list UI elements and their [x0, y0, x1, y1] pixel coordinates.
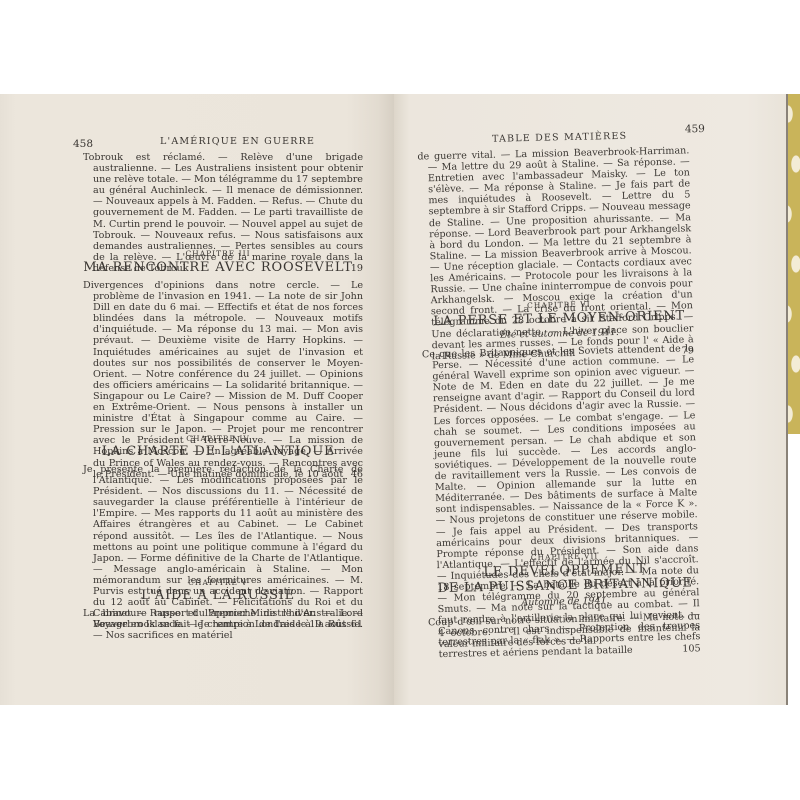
toc-entry-text: Je présente la première rédaction de la … — [83, 464, 363, 630]
running-head: TABLE DES MATIÈRES — [492, 131, 628, 145]
chapter-label: CHAPITRE III — [73, 249, 363, 258]
running-head: L'AMÉRIQUE EN GUERRE — [160, 136, 315, 147]
chapter-title: L'AIDE A LA RUSSIE — [73, 588, 363, 603]
toc-entry-chapter-4: Je présente la première rédaction de la … — [83, 464, 363, 630]
toc-entry-text: La bravoure russe et l'approche de l'hiv… — [83, 608, 363, 641]
toc-entry-chapter-7: Coup d'œil sur notre situation militaire… — [428, 611, 701, 650]
open-book-spread: 458 L'AMÉRIQUE EN GUERRE Tobrouk est réc… — [0, 94, 786, 705]
page-number: 458 — [73, 138, 93, 150]
left-page: 458 L'AMÉRIQUE EN GUERRE Tobrouk est réc… — [0, 94, 394, 705]
right-page-content: 459 TABLE DES MATIÈRES de guerre vital. … — [394, 85, 800, 705]
page-number: 459 — [685, 123, 705, 135]
chapter-label: CHAPITRE IV — [73, 434, 363, 443]
right-page: 459 TABLE DES MATIÈRES de guerre vital. … — [394, 94, 788, 705]
chapter-title: MA RENCONTRE AVEC ROOSEVELT — [73, 260, 363, 275]
chapter-label: CHAPITRE V — [73, 578, 363, 587]
toc-entry-chapter-5: La bravoure russe et l'approche de l'hiv… — [83, 608, 363, 641]
toc-entry-text: Coup d'œil sur notre situation militaire… — [428, 611, 700, 650]
chapter-title: LA CHARTE DE L'ATLANTIQUE — [73, 444, 363, 459]
